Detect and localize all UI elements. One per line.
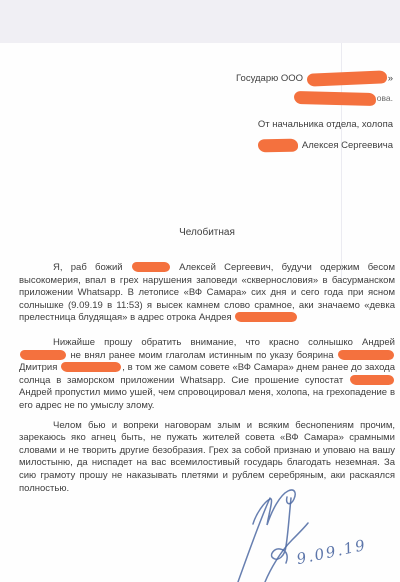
sender-name: Алексея Сергеевича [302, 140, 393, 151]
addressee-closing-quote: » [388, 73, 393, 84]
addressee-prefix: Государю ООО [236, 73, 303, 84]
redaction-mark [20, 350, 66, 360]
signature [212, 478, 332, 582]
address-block: Государю ООО » ова. От начальника отдела… [236, 72, 393, 152]
redaction-mark [258, 139, 298, 153]
paragraph: Нижайше прошу обратить внимание, что кра… [19, 337, 395, 413]
paragraph: Я, раб божий Алексей Сергеевич, будучи о… [19, 262, 395, 325]
scanned-letter: Государю ООО » ова. От начальника отдела… [0, 0, 400, 582]
redaction-mark [235, 312, 297, 322]
scan-edge-band [0, 0, 400, 43]
from-line: От начальника отдела, холопа [236, 118, 393, 131]
letter-body: Я, раб божий Алексей Сергеевич, будучи о… [19, 262, 395, 495]
document-title: Челобитная [19, 227, 395, 238]
addressee-line2-tail: ова. [377, 93, 393, 103]
addressee-line-2: ова. [236, 92, 393, 105]
redaction-mark [306, 70, 386, 86]
redaction-mark [350, 375, 394, 385]
paragraph: Челом бью и вопреки наговорам злым и вся… [19, 420, 395, 496]
addressee-line: Государю ООО » [236, 72, 393, 85]
redaction-mark [132, 262, 170, 272]
redaction-mark [294, 91, 376, 106]
redaction-mark [338, 350, 394, 360]
redaction-mark [61, 362, 121, 372]
sender-line: Алексея Сергеевича [236, 139, 393, 152]
